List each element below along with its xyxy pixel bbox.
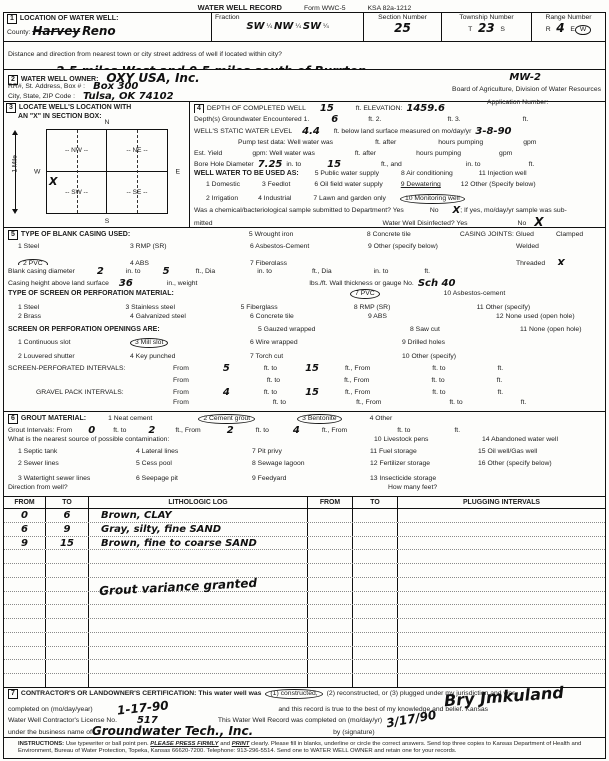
print-emphasis: PRINT bbox=[232, 741, 250, 747]
form-body: 1LOCATION OF WATER WELL: County: Harvey … bbox=[3, 12, 606, 759]
owner-right-block: MW-2 Board of Agriculture, Division of W… bbox=[452, 70, 601, 107]
dotted-blank bbox=[315, 147, 355, 155]
dotted-blank bbox=[404, 204, 430, 212]
dotted-blank bbox=[370, 362, 432, 370]
dotted-blank bbox=[109, 277, 119, 285]
gravel-intervals-label: GRAVEL PACK INTERVALS: bbox=[8, 389, 173, 396]
section-5-number: 5 bbox=[8, 230, 18, 240]
contamination-option: 15 Oil well/Gas well bbox=[478, 448, 537, 455]
dotted-blank bbox=[168, 703, 278, 711]
ft-and-label: ft., and bbox=[381, 161, 402, 168]
depth-label: DEPTH OF COMPLETED WELL bbox=[207, 105, 306, 112]
no-label: No bbox=[430, 207, 439, 214]
grout-option-cement-circled: 2 Cement grout bbox=[198, 414, 255, 424]
instructions-text: Use typewriter or ball point pen. bbox=[66, 741, 150, 747]
ft-label: ft. bbox=[454, 427, 460, 434]
dotted-blank bbox=[201, 424, 227, 432]
dotted-blank bbox=[483, 136, 523, 144]
dotted-blank bbox=[461, 113, 523, 121]
groundwater-label: Depth(s) Groundwater Encountered 1. bbox=[194, 116, 309, 123]
litho-from: 0 bbox=[21, 511, 28, 521]
openings-option: 7 Torch cut bbox=[250, 353, 402, 360]
one-mile-label: 1 Mile bbox=[12, 143, 19, 173]
from-label: From bbox=[173, 399, 189, 406]
section-number-value: 25 bbox=[394, 21, 411, 35]
ft-from-label: ft., From bbox=[356, 399, 381, 406]
county-value: Reno bbox=[82, 24, 116, 38]
no-label: No bbox=[518, 220, 527, 226]
litho-desc: Gray, silty, fine SAND bbox=[101, 525, 221, 535]
table-row: 0 6 Brown, CLAY bbox=[4, 509, 605, 523]
grout-intervals-label: Grout Intervals: From bbox=[8, 427, 72, 434]
dotted-blank bbox=[455, 277, 483, 285]
disinfected-no-x: X bbox=[534, 216, 543, 226]
range-r: R bbox=[546, 26, 551, 33]
clamped-label: Clamped bbox=[556, 231, 583, 238]
ft-to-label: ft. to bbox=[273, 399, 286, 406]
range-label: Range Number bbox=[535, 14, 602, 21]
in-to-label: in. to bbox=[286, 161, 301, 168]
ft-to-label: ft. to bbox=[264, 389, 277, 396]
dotted-blank bbox=[338, 113, 368, 121]
instructions-block: INSTRUCTIONS: Use typewriter or ball poi… bbox=[4, 738, 605, 755]
township-t: T bbox=[468, 26, 472, 33]
section-number-cell: Section Number 25 bbox=[364, 13, 442, 41]
screen-interval-to: 15 bbox=[305, 364, 319, 374]
section-3-title-2: AN "X" IN SECTION BOX: bbox=[18, 113, 102, 120]
dotted-blank bbox=[392, 412, 534, 420]
dotted-blank bbox=[446, 362, 498, 370]
dotted-blank bbox=[158, 714, 218, 722]
welded-label: Welded bbox=[516, 243, 539, 250]
openings-option-mill-slot-circled: 3 Mill slot bbox=[130, 338, 168, 348]
litho-desc: Brown, CLAY bbox=[101, 511, 172, 521]
contamination-option: 3 Watertight sewer lines bbox=[18, 475, 136, 482]
record-completed-label: This Water Well Record was completed on … bbox=[218, 717, 382, 724]
dotted-blank bbox=[319, 362, 345, 370]
contamination-option: 4 Lateral lines bbox=[136, 448, 252, 455]
from-label: From bbox=[173, 365, 189, 372]
ft-label: ft. bbox=[498, 389, 504, 396]
screen-material-option: 3 Stainless steel bbox=[125, 304, 240, 311]
dotted-blank bbox=[332, 265, 374, 273]
contamination-option: 1 Septic tank bbox=[18, 448, 136, 455]
county-label: County: bbox=[7, 29, 30, 36]
section-4-depth: 4 DEPTH OF COMPLETED WELL 15 ft. ELEVATI… bbox=[190, 102, 605, 227]
by-signature-label: by (signature) bbox=[333, 729, 375, 736]
form-number: Form WWC-5 bbox=[304, 5, 346, 12]
in-to-label: in. to bbox=[374, 268, 389, 275]
dotted-blank bbox=[95, 424, 113, 432]
openings-option: 8 Saw cut bbox=[410, 326, 520, 333]
section-1-number: 1 bbox=[7, 14, 17, 24]
weight-label: in., weight bbox=[167, 280, 198, 287]
dotted-blank bbox=[72, 424, 88, 432]
completed-on-label: completed on (mo/day/year) bbox=[8, 706, 93, 713]
dotted-blank bbox=[301, 158, 327, 166]
fraction-label: Fraction bbox=[215, 14, 360, 21]
ft-to-label: ft. to bbox=[432, 389, 445, 396]
section-7-certification: 7 CONTRACTOR'S OR LANDOWNER'S CERTIFICAT… bbox=[4, 688, 605, 738]
screen-intervals-label: SCREEN-PERFORATED INTERVALS: bbox=[8, 365, 173, 372]
use-option: 11 Injection well bbox=[479, 170, 527, 177]
ft-label: ft. bbox=[498, 365, 504, 372]
city-label: City, State, ZIP Code : bbox=[8, 93, 75, 100]
dotted-blank bbox=[456, 350, 584, 358]
litho-from: 9 bbox=[21, 539, 28, 549]
grout-option: 4 Other bbox=[370, 415, 393, 422]
form-statute: KSA 82a-1212 bbox=[368, 5, 412, 12]
casing-option: 8 Concrete tile bbox=[367, 231, 460, 238]
section-2-owner: 2 WATER WELL OWNER: OXY USA, Inc. RR#, S… bbox=[4, 70, 605, 102]
grout-interval-1-to: 2 bbox=[148, 426, 155, 436]
grout-interval-2-to: 4 bbox=[293, 426, 300, 436]
ft-to-label: ft. to bbox=[267, 377, 280, 384]
contamination-option: 2 Sewer lines bbox=[18, 460, 136, 467]
grout-option: 1 Neat cement bbox=[108, 415, 152, 422]
screen-material-option: 6 Concrete tile bbox=[250, 313, 368, 320]
license-label: Water Well Contractor's License No. bbox=[8, 717, 117, 724]
ft-to-label: ft. to bbox=[256, 427, 269, 434]
static-level-label: WELL'S STATIC WATER LEVEL bbox=[194, 128, 292, 135]
range-value: 4 bbox=[556, 21, 564, 35]
quarter-glyph: ¼ bbox=[323, 23, 329, 30]
contamination-option: 16 Other (specify below) bbox=[478, 460, 552, 467]
ft-to-label: ft. to bbox=[432, 365, 445, 372]
dotted-blank bbox=[481, 158, 529, 166]
from-label: From bbox=[173, 389, 189, 396]
ft-to-label: ft. to bbox=[431, 377, 444, 384]
use-title: WELL WATER TO BE USED AS: bbox=[194, 170, 299, 177]
city-value: Tulsa, OK 74102 bbox=[83, 92, 174, 102]
grout-interval-1-from: 0 bbox=[88, 426, 95, 436]
press-firmly-emphasis: PLEASE PRESS FIRMLY bbox=[150, 741, 218, 747]
casing-option: 9 Other (specify below) bbox=[368, 243, 516, 250]
dotted-blank bbox=[197, 277, 309, 285]
section-4-number: 4 bbox=[194, 104, 204, 113]
dotted-blank bbox=[333, 136, 375, 144]
fraction-1: SW bbox=[246, 21, 264, 32]
from-label: From bbox=[173, 377, 189, 384]
dotted-blank bbox=[300, 424, 322, 432]
dotted-blank bbox=[306, 102, 320, 110]
openings-option: 10 Other (specify) bbox=[402, 353, 456, 360]
ft-to-label: ft. to bbox=[397, 427, 410, 434]
dotted-blank bbox=[230, 362, 264, 370]
table-row-empty bbox=[4, 660, 605, 674]
in-to-label: in. to bbox=[126, 268, 141, 275]
compass-e: E bbox=[175, 169, 180, 176]
groundwater-3-label: ft. 3. bbox=[447, 116, 460, 123]
table-row: 6 9 Gray, silty, fine SAND bbox=[4, 523, 605, 537]
contamination-option: 9 Feedyard bbox=[252, 475, 370, 482]
business-name-label: under the business name of bbox=[8, 729, 92, 736]
dotted-blank bbox=[445, 374, 497, 382]
fraction-cell: Fraction SW ¼ NW ¼ SW ¼ bbox=[212, 13, 364, 41]
dotted-blank bbox=[583, 228, 603, 236]
sample-question-2: ; If yes, mo/day/yr sample was sub- bbox=[460, 207, 567, 214]
screen-material-option: 5 Fiberglass bbox=[241, 304, 354, 311]
direction-label: Direction from well? bbox=[8, 484, 388, 491]
ft-from-label: ft., From bbox=[345, 365, 370, 372]
dotted-blank bbox=[347, 424, 397, 432]
screen-material-pvc-circled: 7 PVC bbox=[350, 289, 380, 299]
elevation-value: 1459.6 bbox=[406, 104, 445, 113]
col-header-to2: TO bbox=[353, 497, 398, 508]
section-location-diagram: 1 Mile N S W E -- NW -- -- NE -- -- SW -… bbox=[4, 120, 190, 224]
mitted-label: mitted bbox=[194, 220, 213, 226]
in-to-label: in. to bbox=[257, 268, 272, 275]
dotted-blank bbox=[93, 703, 117, 711]
application-number-label: Application Number: bbox=[487, 99, 548, 106]
contamination-label: What is the nearest source of possible c… bbox=[8, 436, 374, 443]
quarter-glyph: ¼ bbox=[266, 23, 272, 30]
certification-title-part: CONTRACTOR'S OR LANDOWNER'S CERTIFICATIO… bbox=[21, 690, 262, 697]
dotted-blank bbox=[319, 386, 345, 394]
ft-from-label: ft., From bbox=[345, 389, 370, 396]
instructions-text: and bbox=[219, 741, 232, 747]
contamination-option: 14 Abandoned water well bbox=[482, 436, 558, 443]
ft-to-label: ft. to bbox=[449, 399, 462, 406]
dotted-blank bbox=[189, 374, 267, 382]
col-header-plugging: PLUGGING INTERVALS bbox=[398, 497, 605, 508]
screen-material-option: 9 ABS bbox=[368, 313, 496, 320]
screen-material-option: 2 Brass bbox=[18, 313, 130, 320]
range-cell: Range Number R 4 EW bbox=[532, 13, 605, 41]
contamination-option: 6 Seepage pit bbox=[136, 475, 252, 482]
dotted-blank bbox=[530, 301, 605, 309]
bore-diameter-value: 7.25 bbox=[258, 160, 283, 169]
casing-option: 5 Wrought iron bbox=[249, 231, 367, 238]
use-option: 2 Irrigation bbox=[206, 195, 238, 202]
dotted-blank bbox=[104, 265, 126, 273]
ft-label: ft. bbox=[497, 377, 503, 384]
dotted-blank bbox=[341, 158, 381, 166]
compass-w: W bbox=[34, 169, 40, 176]
grout-option-bentonite-circled: 3 Bentonite bbox=[297, 414, 341, 424]
openings-option: 2 Louvered shutter bbox=[18, 353, 130, 360]
dotted-blank bbox=[320, 125, 334, 133]
arrow-down-icon bbox=[12, 209, 18, 214]
ft-label: ft. bbox=[424, 268, 430, 275]
dotted-blank bbox=[565, 257, 601, 264]
one-mile-scale: 1 Mile bbox=[11, 130, 21, 214]
diameter-depth-value: 5 bbox=[163, 267, 170, 277]
section-3-locate: 3LOCATE WELL'S LOCATION WITH AN "X" IN S… bbox=[4, 102, 190, 227]
compass-s: S bbox=[105, 218, 110, 225]
dotted-blank bbox=[230, 386, 264, 394]
use-option: 12 Other (Specify below) bbox=[461, 181, 536, 188]
instructions-text: clearly. Please fill in blanks, underlin… bbox=[249, 741, 544, 747]
table-row-empty bbox=[4, 578, 605, 592]
in-to-label: in. to bbox=[466, 161, 481, 168]
use-option: 4 Industrial bbox=[258, 195, 291, 202]
dotted-blank bbox=[368, 257, 488, 264]
screen-material-title: TYPE OF SCREEN OR PERFORATION MATERIAL: bbox=[8, 290, 350, 297]
screen-material-option: 11 Other (specify) bbox=[477, 304, 531, 311]
section-1-title: LOCATION OF WATER WELL: bbox=[20, 15, 119, 22]
screen-interval-from: 5 bbox=[223, 364, 230, 374]
grout-interval-2-from: 2 bbox=[227, 426, 234, 436]
instructions-label: INSTRUCTIONS: bbox=[18, 741, 64, 747]
dotted-blank bbox=[539, 240, 597, 248]
table-row-empty bbox=[4, 605, 605, 619]
dotted-blank bbox=[369, 374, 431, 382]
litho-to: 6 bbox=[64, 511, 71, 521]
dotted-blank bbox=[133, 277, 167, 285]
table-row-empty bbox=[4, 564, 605, 578]
dotted-blank bbox=[381, 113, 447, 121]
board-label: Board of Agriculture, Division of Water … bbox=[452, 86, 601, 93]
dotted-blank bbox=[189, 362, 223, 370]
contamination-option: 5 Cess pool bbox=[136, 460, 252, 467]
table-row: 9 15 Brown, fine to coarse SAND bbox=[4, 537, 605, 551]
use-option: 7 Lawn and garden only bbox=[313, 195, 386, 202]
section-1-location: 1LOCATION OF WATER WELL: County: Harvey … bbox=[4, 13, 605, 42]
dotted-blank bbox=[75, 265, 97, 273]
casing-option-pvc-circled: 2 PVC bbox=[18, 259, 48, 264]
bore-depth-value: 15 bbox=[327, 160, 341, 169]
dotted-blank bbox=[334, 102, 356, 110]
dotted-blank bbox=[222, 147, 252, 155]
static-level-mid: ft. below land surface measured on mo/da… bbox=[334, 128, 472, 135]
dotted-blank bbox=[292, 125, 302, 133]
dotted-blank bbox=[309, 113, 331, 121]
dotted-blank bbox=[512, 125, 542, 133]
table-row-empty bbox=[4, 647, 605, 661]
groundwater-1-value: 6 bbox=[331, 115, 338, 124]
section-box: -- NW -- -- NE -- -- SW -- -- SE -- X bbox=[46, 129, 168, 214]
section-6-number: 6 bbox=[8, 414, 18, 424]
contamination-option: 12 Fertilizer storage bbox=[370, 460, 478, 467]
dotted-blank bbox=[141, 265, 163, 273]
range-w-circled: W bbox=[575, 25, 591, 35]
gauge-label: lbs./ft. Wall thickness or gauge No. bbox=[309, 280, 413, 287]
use-option: 5 Public water supply bbox=[315, 170, 379, 177]
how-many-feet-label: How many feet? bbox=[388, 484, 437, 491]
openings-option: 5 Gauzed wrapped bbox=[258, 326, 410, 333]
static-level-date: 3-8-90 bbox=[475, 127, 511, 136]
elevation-label: ft. ELEVATION: bbox=[356, 105, 403, 112]
ft-to-label: ft. to bbox=[113, 427, 126, 434]
fraction-2: NW bbox=[274, 21, 293, 32]
dotted-blank bbox=[465, 192, 555, 200]
ft-label: ft. bbox=[523, 116, 529, 123]
dotted-blank bbox=[277, 386, 305, 394]
dotted-blank bbox=[272, 265, 312, 273]
dotted-blank bbox=[277, 362, 305, 370]
table-row-empty bbox=[4, 633, 605, 647]
dotted-blank bbox=[376, 147, 416, 155]
disinfected-question: Water Well Disinfected? Yes bbox=[383, 220, 468, 226]
dotted-blank bbox=[545, 257, 557, 264]
county-value-struck: Harvey bbox=[32, 24, 80, 38]
litho-desc: Brown, fine to coarse SAND bbox=[101, 539, 257, 549]
constructed-circled: (1) constructed, bbox=[265, 689, 322, 699]
quarter-glyph: ¼ bbox=[295, 23, 301, 30]
depth-value: 15 bbox=[320, 104, 334, 113]
dotted-blank bbox=[439, 204, 453, 212]
ft-dia-label: ft., Dia bbox=[312, 268, 332, 275]
township-value: 23 bbox=[478, 21, 495, 35]
sample-question: Was a chemical/bacteriological sample su… bbox=[194, 207, 404, 214]
use-option: 1 Domestic bbox=[206, 181, 240, 188]
section-7-number: 7 bbox=[8, 689, 18, 699]
fraction-3: SW bbox=[303, 21, 321, 32]
distance-row: Distance and direction from nearest town… bbox=[4, 42, 605, 70]
after-label: ft. after bbox=[355, 150, 376, 157]
table-row-empty bbox=[4, 619, 605, 633]
screen-material-option: 8 RMP (SR) bbox=[354, 304, 477, 311]
screen-material-option: 1 Steel bbox=[18, 304, 125, 311]
dotted-blank bbox=[370, 386, 432, 394]
water-well-record-form: WATER WELL RECORD Form WWC-5 KSA 82a-121… bbox=[0, 0, 609, 761]
dotted-blank bbox=[410, 424, 454, 432]
address-label: RR#, St. Address, Box # : bbox=[8, 83, 85, 90]
screen-material-option: 10 Asbestos-cement bbox=[444, 290, 506, 297]
use-option: 6 Oil field water supply bbox=[314, 181, 382, 188]
dotted-blank bbox=[534, 228, 556, 236]
ft-label: ft. bbox=[529, 161, 535, 168]
dotted-blank bbox=[269, 424, 293, 432]
openings-option: 6 Wire wrapped bbox=[250, 339, 402, 346]
casing-option: 3 RMP (SR) bbox=[130, 243, 250, 250]
business-name-value: Groundwater Tech., Inc. bbox=[92, 725, 253, 737]
litho-to: 9 bbox=[64, 525, 71, 535]
form-title-bar: WATER WELL RECORD Form WWC-5 KSA 82a-121… bbox=[0, 0, 609, 12]
gpm-label: gpm bbox=[499, 150, 512, 157]
openings-option: 4 Key punched bbox=[130, 353, 250, 360]
contamination-option: 13 Insecticide storage bbox=[370, 475, 478, 482]
screen-material-option: 4 Galvanized steel bbox=[130, 313, 250, 320]
contamination-option: 7 Pit privy bbox=[252, 448, 370, 455]
bore-label: Bore Hole Diameter bbox=[194, 161, 254, 168]
diameter-value: 2 bbox=[97, 267, 104, 277]
groundwater-2-label: ft. 2. bbox=[368, 116, 381, 123]
dotted-blank bbox=[388, 265, 424, 273]
dotted-blank bbox=[461, 147, 499, 155]
dotted-blank bbox=[189, 386, 223, 394]
compass-n: N bbox=[105, 119, 110, 126]
hours-label: hours pumping bbox=[416, 150, 461, 157]
gpm-label: gpm bbox=[523, 139, 536, 146]
sample-no-x: X bbox=[453, 206, 461, 215]
dotted-blank bbox=[155, 424, 175, 432]
litho-to: 15 bbox=[60, 539, 74, 549]
township-s: S bbox=[500, 26, 505, 33]
openings-title: SCREEN OR PERFORATION OPENINGS ARE: bbox=[8, 326, 258, 333]
dashed-line bbox=[77, 130, 78, 213]
joints-label: CASING JOINTS: Glued bbox=[460, 231, 534, 238]
use-option: 3 Feedlot bbox=[262, 181, 290, 188]
ft-from-label: ft., From bbox=[344, 377, 369, 384]
static-level-value: 4.4 bbox=[302, 127, 320, 136]
dotted-blank bbox=[396, 136, 438, 144]
diameter-label: Blank casing diameter bbox=[8, 268, 75, 275]
ft-dia-label: ft., Dia bbox=[196, 268, 216, 275]
section-3-number: 3 bbox=[6, 103, 16, 113]
contamination-option: 8 Sewage lagoon bbox=[252, 460, 370, 467]
township-label: Township Number bbox=[445, 14, 528, 21]
table-row-empty bbox=[4, 550, 605, 564]
col-header-from: FROM bbox=[4, 497, 46, 508]
col-header-from2: FROM bbox=[308, 497, 353, 508]
ft-to-label: ft. to bbox=[264, 365, 277, 372]
signature-scrawl: Bry Jmkuland bbox=[444, 685, 567, 739]
gravel-interval-from: 4 bbox=[223, 388, 230, 398]
table-row-empty bbox=[4, 592, 605, 606]
casing-title: TYPE OF BLANK CASING USED: bbox=[21, 231, 249, 238]
